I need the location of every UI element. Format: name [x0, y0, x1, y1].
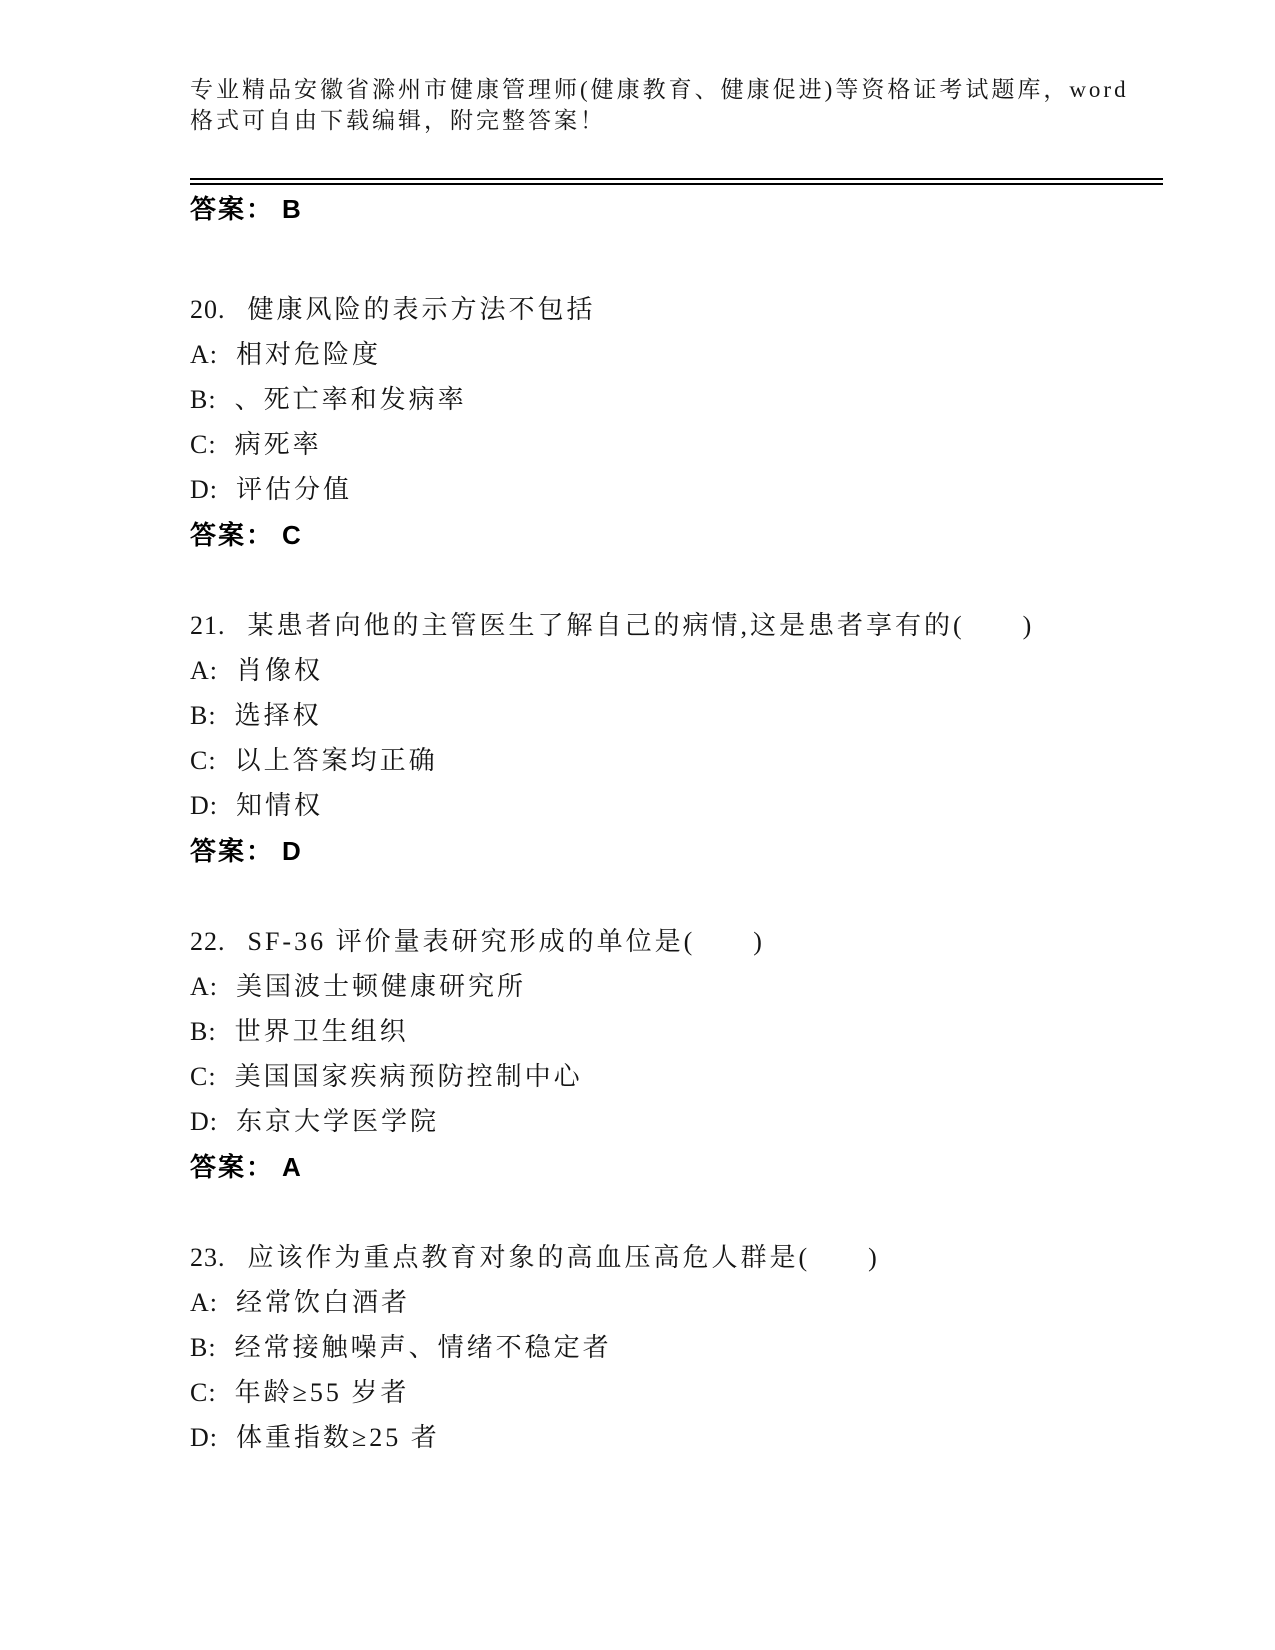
- answer-value: C: [282, 520, 301, 550]
- answer-value: B: [282, 194, 301, 224]
- question-21-option-a: A:肖像权: [190, 656, 323, 686]
- question-20-answer: 答案：C: [190, 520, 301, 551]
- page-header: 专业精品安徽省滁州市健康管理师(健康教育、健康促进)等资格证考试题库，word …: [190, 74, 1165, 136]
- question-23-option-c: C:年龄≥55 岁者: [190, 1378, 409, 1408]
- answer-value: A: [282, 1152, 301, 1182]
- option-text: 美国波士顿健康研究所: [236, 972, 526, 1001]
- question-22-answer: 答案：A: [190, 1152, 301, 1183]
- option-label: A:: [190, 972, 218, 1001]
- option-text: 世界卫生组织: [235, 1017, 409, 1046]
- option-text: 经常接触噪声、情绪不稳定者: [235, 1333, 612, 1362]
- question-20-option-b: B:、死亡率和发病率: [190, 385, 467, 415]
- answer-value: D: [282, 836, 301, 866]
- answer-label: 答案：: [190, 837, 274, 866]
- question-number: 22.: [190, 927, 226, 956]
- question-23-title: 23.应该作为重点教育对象的高血压高危人群是( ): [190, 1243, 880, 1273]
- question-22-option-d: D:东京大学医学院: [190, 1107, 439, 1137]
- option-label: B:: [190, 1017, 217, 1046]
- question-20-option-d: D:评估分值: [190, 475, 352, 505]
- question-22-title: 22.SF-36 评价量表研究形成的单位是( ): [190, 927, 765, 957]
- question-number: 20.: [190, 295, 226, 324]
- question-number: 23.: [190, 1243, 226, 1272]
- option-text: 以上答案均正确: [235, 746, 438, 775]
- header-line-1: 专业精品安徽省滁州市健康管理师(健康教育、健康促进)等资格证考试题库，word: [190, 74, 1165, 105]
- question-20-option-c: C:病死率: [190, 430, 322, 460]
- question-22-option-b: B:世界卫生组织: [190, 1017, 409, 1047]
- option-text: 选择权: [235, 701, 322, 730]
- option-text: 美国国家疾病预防控制中心: [235, 1062, 583, 1091]
- option-label: C:: [190, 1378, 217, 1407]
- question-text: SF-36 评价量表研究形成的单位是( ): [248, 927, 765, 956]
- question-23-option-d: D:体重指数≥25 者: [190, 1423, 440, 1453]
- question-21-option-d: D:知情权: [190, 791, 323, 821]
- option-label: D:: [190, 1107, 218, 1136]
- question-number: 21.: [190, 611, 226, 640]
- option-text: 相对危险度: [236, 340, 381, 369]
- question-21-answer: 答案：D: [190, 836, 301, 867]
- question-20-option-a: A:相对危险度: [190, 340, 381, 370]
- option-label: D:: [190, 791, 218, 820]
- answer-label: 答案：: [190, 1153, 274, 1182]
- header-line-2: 格式可自由下载编辑，附完整答案！: [190, 105, 1165, 136]
- option-text: 肖像权: [236, 656, 323, 685]
- question-text: 某患者向他的主管医生了解自己的病情,这是患者享有的( ): [248, 611, 1035, 640]
- option-label: C:: [190, 1062, 217, 1091]
- option-label: D:: [190, 475, 218, 504]
- answer-label: 答案：: [190, 195, 274, 224]
- option-label: A:: [190, 656, 218, 685]
- option-label: D:: [190, 1423, 218, 1452]
- question-23-option-a: A:经常饮白酒者: [190, 1288, 410, 1318]
- question-20-title: 20.健康风险的表示方法不包括: [190, 295, 596, 325]
- option-label: A:: [190, 1288, 218, 1317]
- option-label: B:: [190, 385, 217, 414]
- question-21-option-b: B:选择权: [190, 701, 322, 731]
- option-text: 东京大学医学院: [236, 1107, 439, 1136]
- option-label: B:: [190, 1333, 217, 1362]
- question-21-option-c: C:以上答案均正确: [190, 746, 438, 776]
- question-text: 应该作为重点教育对象的高血压高危人群是( ): [248, 1243, 880, 1272]
- question-21-title: 21.某患者向他的主管医生了解自己的病情,这是患者享有的( ): [190, 611, 1034, 641]
- option-text: 知情权: [236, 791, 323, 820]
- option-label: C:: [190, 430, 217, 459]
- question-23-option-b: B:经常接触噪声、情绪不稳定者: [190, 1333, 612, 1363]
- answer-line-prev: 答案：B: [190, 194, 301, 225]
- option-text: 、死亡率和发病率: [235, 385, 467, 414]
- document-page: 专业精品安徽省滁州市健康管理师(健康教育、健康促进)等资格证考试题库，word …: [0, 0, 1275, 1650]
- option-text: 经常饮白酒者: [236, 1288, 410, 1317]
- question-text: 健康风险的表示方法不包括: [248, 295, 596, 324]
- option-text: 病死率: [235, 430, 322, 459]
- option-label: A:: [190, 340, 218, 369]
- option-label: C:: [190, 746, 217, 775]
- answer-label: 答案：: [190, 521, 274, 550]
- option-text: 年龄≥55 岁者: [235, 1378, 410, 1407]
- option-text: 评估分值: [236, 475, 352, 504]
- option-label: B:: [190, 701, 217, 730]
- header-divider-rule: [190, 178, 1163, 185]
- question-22-option-a: A:美国波士顿健康研究所: [190, 972, 526, 1002]
- question-22-option-c: C:美国国家疾病预防控制中心: [190, 1062, 583, 1092]
- option-text: 体重指数≥25 者: [236, 1423, 440, 1452]
